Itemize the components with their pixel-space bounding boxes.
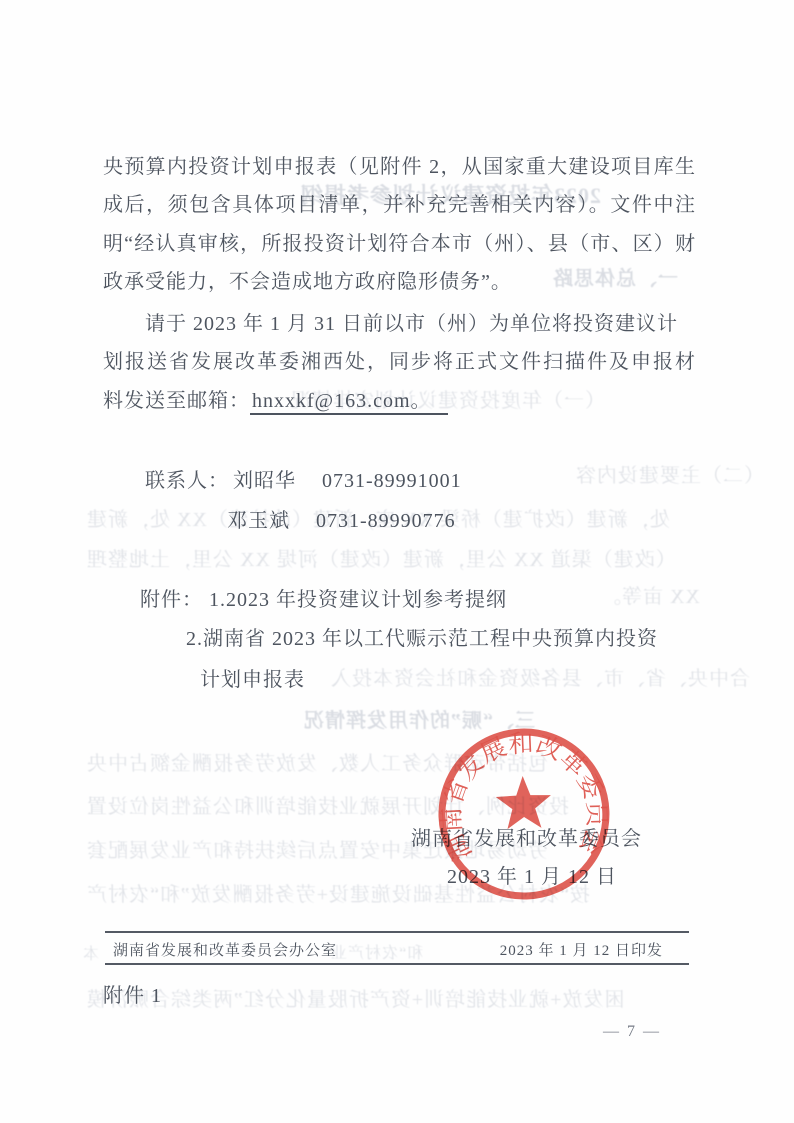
contact-phone: 0731-89991001	[322, 470, 462, 493]
colophon-print-date: 2023 年 1 月 12 日印发	[500, 939, 663, 960]
contact-phone: 0731-89990776	[316, 510, 456, 533]
colophon-top-rule	[105, 931, 689, 933]
body-line: 划报送省发展改革委湘西处，同步将正式文件扫描件及申报材	[103, 345, 695, 369]
email-address: hnxxkf@163.com。	[250, 390, 448, 415]
attachment-item: 1.2023 年投资建议计划参考提纲	[209, 583, 507, 612]
bleedthrough-line: 本	[82, 941, 99, 964]
attachment-marker: 附件 1	[103, 979, 223, 1003]
contact-row: 联系人：刘昭华0731-89991001	[145, 464, 605, 488]
bleedthrough-line: （改建）渠道 XX 公里，新建（改建）河堤 XX 公里，土地整理	[86, 543, 676, 572]
contact-label: 联系人：	[145, 464, 229, 493]
attachments-label: 附件：	[140, 583, 203, 612]
body-line: 明“经认真审核，所报投资计划符合本市（州）、县（市、区）财	[103, 227, 695, 251]
body-line-email: 料发送至邮箱：hnxxkf@163.com。	[103, 384, 695, 408]
page-number: — 7 —	[603, 1023, 661, 1041]
bleedthrough-line: 和“农村产业	[330, 940, 423, 963]
email-prefix: 料发送至邮箱：	[103, 384, 250, 413]
attachment-item: 计划申报表	[200, 663, 500, 687]
attachments-row: 附件：1.2023 年投资建议计划参考提纲	[140, 583, 700, 607]
colophon-issuer: 湖南省发展和改革委员会办公室	[113, 939, 337, 960]
contact-row: 邓玉斌0731-89990776	[227, 504, 627, 528]
contact-name: 刘昭华	[233, 464, 296, 493]
official-seal: 湖南省发展和改革委员会	[433, 723, 617, 907]
attachment-item: 2.湖南省 2023 年以工代赈示范工程中央预算内投资	[186, 622, 706, 646]
body-line: 央预算内投资计划申报表（见附件 2，从国家重大建设项目库生	[103, 150, 695, 174]
body-line: 请于 2023 年 1 月 31 日前以市（州）为单位将投资建议计	[103, 307, 695, 331]
body-line: 成后，须包含具体项目清单，并补充完善相关内容）。文件中注	[103, 188, 695, 212]
body-line: 政承受能力，不会造成地方政府隐形债务”。	[103, 265, 695, 289]
scanned-document-page: 2023年投资建议计划参考提纲 一、总体思路 （一）年度投资建议计划安排情况 （…	[0, 0, 794, 1123]
colophon-bottom-rule	[105, 963, 689, 965]
seal-star-icon	[495, 775, 552, 829]
contact-name: 邓玉斌	[227, 504, 290, 533]
